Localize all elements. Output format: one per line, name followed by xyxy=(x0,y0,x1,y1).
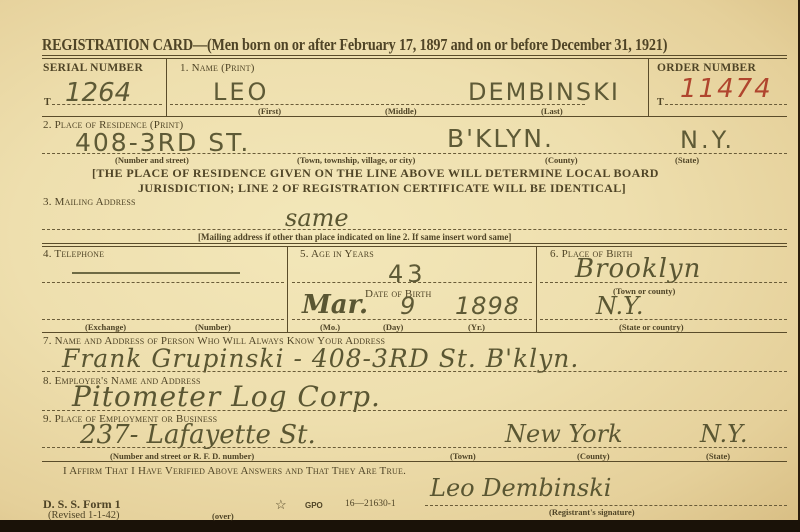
employment-line xyxy=(42,447,787,448)
first-name-value: LEO xyxy=(213,78,269,106)
order-prefix: T xyxy=(657,97,664,108)
employment-county-sublabel: (County) xyxy=(577,451,610,461)
birth-state-line xyxy=(540,319,787,320)
row-divider xyxy=(42,461,787,462)
month-sublabel: (Mo.) xyxy=(320,322,340,332)
mailing-line xyxy=(42,229,787,230)
employer-line xyxy=(42,410,787,411)
birthplace-state-value: N.Y. xyxy=(596,292,643,320)
mailing-address-value: same xyxy=(285,204,349,232)
last-sublabel: (Last) xyxy=(541,106,563,116)
residence-notice-line1: [THE PLACE OF RESIDENCE GIVEN ON THE LIN… xyxy=(92,166,659,181)
last-name-value: DEMBINSKI xyxy=(468,78,620,106)
dob-month-value: Mar. xyxy=(302,290,368,320)
residence-notice-line2: JURISDICTION; LINE 2 OF REGISTRATION CER… xyxy=(138,181,626,196)
street-sublabel: (Number and street) xyxy=(115,155,189,165)
telephone-blank-stroke xyxy=(72,272,240,274)
number-sublabel: (Number) xyxy=(195,322,231,332)
signature-line xyxy=(425,505,787,506)
affirmation-text: I Affirm That I Have Verified Above Answ… xyxy=(63,465,406,477)
divider xyxy=(166,58,167,116)
employment-street-value: 237- Lafayette St. xyxy=(80,420,316,450)
print-code: 16—21630-1 xyxy=(345,499,396,509)
employment-state-sublabel: (State) xyxy=(706,451,730,461)
birth-state-sublabel: (State or country) xyxy=(619,322,684,332)
employer-value: Pitometer Log Corp. xyxy=(72,380,381,413)
employment-county-value: New York xyxy=(505,420,623,448)
mailing-address-label: 3. Mailing Address xyxy=(43,196,136,208)
residence-town-value: B'KLYN. xyxy=(447,124,554,153)
serial-line xyxy=(52,104,162,105)
mailing-sublabel: [Mailing address if other than place ind… xyxy=(198,232,511,242)
birthplace-town-value: Brooklyn xyxy=(575,254,701,284)
age-line xyxy=(292,282,532,283)
middle-sublabel: (Middle) xyxy=(385,106,417,116)
divider xyxy=(648,58,649,116)
form-revised: (Revised 1-1-42) xyxy=(48,510,119,521)
employment-town-sublabel: (Town) xyxy=(450,451,476,461)
row-divider xyxy=(42,116,787,117)
employment-street-sublabel: (Number and street or R. F. D. number) xyxy=(110,451,254,461)
day-sublabel: (Day) xyxy=(383,322,403,332)
employment-state-value: N.Y. xyxy=(700,420,747,448)
dob-year-value: 1898 xyxy=(455,292,520,320)
residence-state-value: N.Y. xyxy=(680,126,735,154)
order-number-value: 11474 xyxy=(680,74,773,104)
order-number-label: ORDER NUMBER xyxy=(657,62,756,74)
first-sublabel: (First) xyxy=(258,106,281,116)
year-sublabel: (Yr.) xyxy=(468,322,485,332)
age-label: 5. Age in Years xyxy=(300,248,374,260)
name-line xyxy=(170,104,585,105)
signature-value: Leo Dembinski xyxy=(430,474,611,502)
row-divider xyxy=(42,332,787,333)
name-label: 1. Name (Print) xyxy=(180,62,255,74)
divider xyxy=(287,246,288,332)
divider xyxy=(536,246,537,332)
contact-line xyxy=(42,371,787,372)
dob-line xyxy=(292,319,532,320)
order-line xyxy=(665,104,787,105)
serial-prefix: T xyxy=(44,97,51,108)
town-sublabel: (Town, township, village, or city) xyxy=(297,155,415,165)
row-divider xyxy=(42,243,787,247)
telephone-line2 xyxy=(42,319,284,320)
signature-sublabel: (Registrant's signature) xyxy=(549,507,635,517)
birth-town-line xyxy=(540,282,787,283)
card-title: REGISTRATION CARD—(Men born on or after … xyxy=(42,35,667,55)
telephone-line1 xyxy=(42,282,284,283)
contact-value: Frank Grupinski - 408-3RD St. B'klyn. xyxy=(62,344,579,373)
title-divider xyxy=(42,55,787,59)
state-sublabel: (State) xyxy=(675,155,699,165)
residence-line xyxy=(42,153,787,154)
dob-label: Date of Birth xyxy=(365,288,431,300)
serial-number-label: SERIAL NUMBER xyxy=(43,62,143,74)
gpo-mark: GPO xyxy=(305,501,323,510)
age-value: 43 xyxy=(388,260,427,288)
telephone-label: 4. Telephone xyxy=(43,248,104,260)
over-note: (over) xyxy=(212,511,234,521)
dob-day-value: 9 xyxy=(400,292,415,320)
registration-card: REGISTRATION CARD—(Men born on or after … xyxy=(0,0,800,520)
county-sublabel: (County) xyxy=(545,155,578,165)
star-icon: ☆ xyxy=(275,497,287,513)
exchange-sublabel: (Exchange) xyxy=(85,322,126,332)
